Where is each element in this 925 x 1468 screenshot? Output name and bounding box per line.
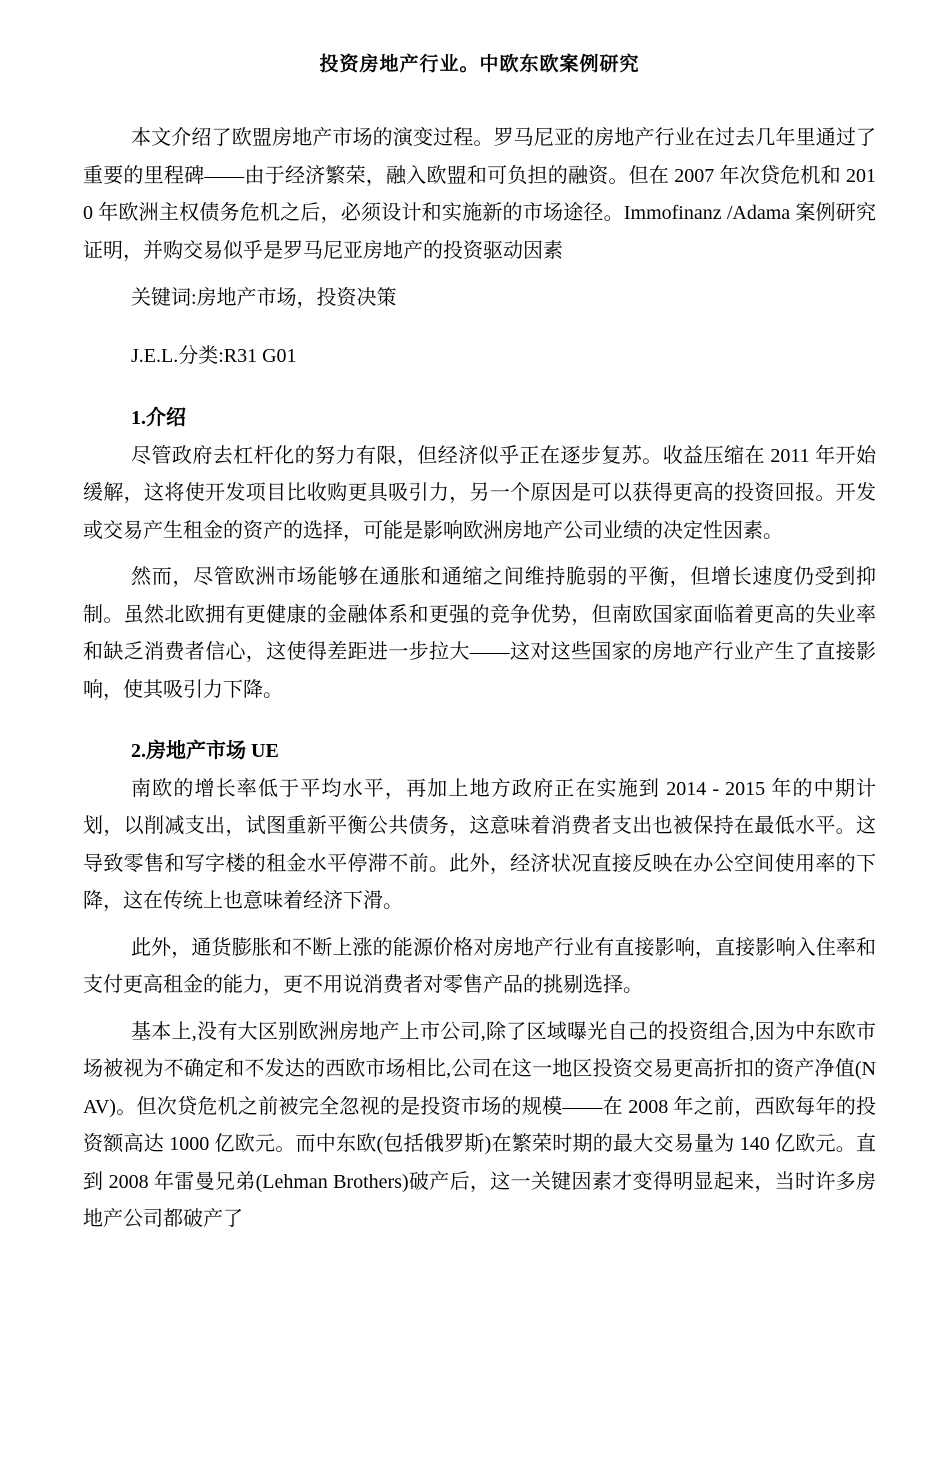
document-page: 投资房地产行业。中欧东欧案例研究 本文介绍了欧盟房地产市场的演变过程。罗马尼亚的… <box>0 0 925 1468</box>
section-heading-introduction: 1.介绍 <box>83 400 876 438</box>
paragraph-cee-market-nav: 基本上,没有大区别欧洲房地产上市公司,除了区域曝光自己的投资组合,因为中东欧市场… <box>83 1014 876 1239</box>
paragraph-inflation-energy-prices: 此外，通货膨胀和不断上涨的能源价格对房地产行业有直接影响，直接影响入住率和支付更… <box>83 930 876 1005</box>
jel-classification-line: J.E.L.分类:R31 G01 <box>83 338 876 376</box>
paragraph-europe-inflation-balance: 然而，尽管欧洲市场能够在通胀和通缩之间维持脆弱的平衡，但增长速度仍受到抑制。虽然… <box>83 559 876 709</box>
abstract-paragraph: 本文介绍了欧盟房地产市场的演变过程。罗马尼亚的房地产行业在过去几年里通过了重要的… <box>83 120 876 270</box>
document-title: 投资房地产行业。中欧东欧案例研究 <box>83 50 876 80</box>
paragraph-deleveraging-recovery: 尽管政府去杠杆化的努力有限，但经济似乎正在逐步复苏。收益压缩在 2011 年开始… <box>83 438 876 551</box>
paragraph-southern-europe-growth: 南欧的增长率低于平均水平，再加上地方政府正在实施到 2014 - 2015 年的… <box>83 771 876 921</box>
section-heading-real-estate-market-ue: 2.房地产市场 UE <box>83 733 876 771</box>
keywords-line: 关键词:房地产市场，投资决策 <box>83 280 876 318</box>
